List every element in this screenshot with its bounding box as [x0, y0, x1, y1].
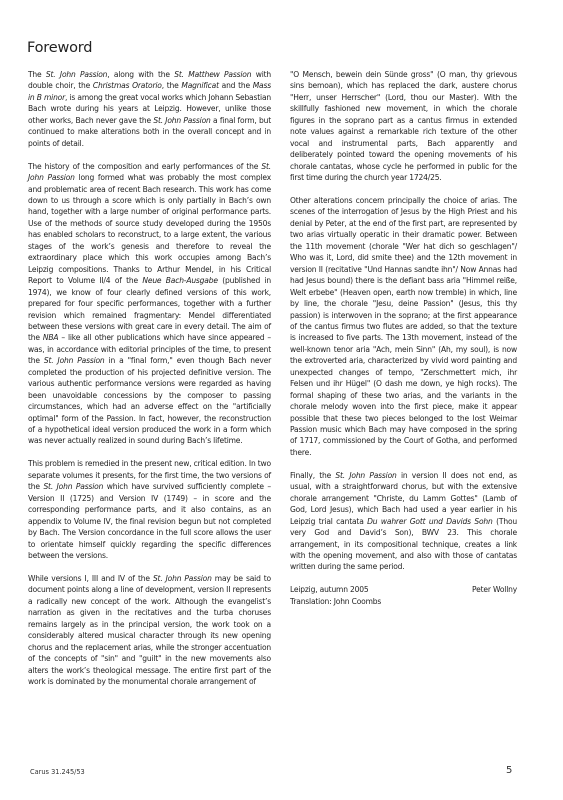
work-title: Magnificat — [181, 81, 219, 90]
work-title: St. John Passion — [153, 574, 212, 583]
place-date: Leipzig, autumn 2005 — [290, 584, 369, 595]
work-title: St. John Passion — [46, 70, 107, 79]
work-title: Christmas Oratorio — [93, 81, 162, 90]
paragraph: Other alterations concern principally th… — [290, 195, 517, 458]
left-column: The St. John Passion, along with the St.… — [28, 69, 271, 699]
paragraph: While versions I, III and IV of the St. … — [28, 573, 271, 688]
work-title: NBA — [43, 333, 58, 342]
work-title: St. John Passion — [153, 116, 210, 125]
translator-credit: Translation: John Coombs — [290, 596, 517, 607]
catalog-number: Carus 31.245/53 — [30, 768, 85, 776]
work-title: Neue Bach-Aus­gabe — [142, 276, 217, 285]
paragraph: This problem is remedied in the present … — [28, 458, 271, 561]
page-number: 5 — [506, 765, 512, 776]
work-title: St. John Passion — [335, 471, 396, 480]
paragraph: "O Mensch, bewein dein Sünde gross" (O m… — [290, 69, 517, 184]
paragraph: The history of the composition and early… — [28, 161, 271, 447]
paragraph: The St. John Passion, along with the St.… — [28, 69, 271, 149]
work-title: St. John Passion — [44, 356, 105, 365]
work-title: St. John Passion — [28, 162, 271, 182]
right-column: "O Mensch, bewein dein Sünde gross" (O m… — [290, 69, 517, 607]
page-title: Foreword — [27, 40, 92, 56]
work-title: Du wahrer Gott und Davids Sohn — [367, 517, 493, 526]
work-title: St. John Passion — [43, 482, 103, 491]
signature-line: Leipzig, autumn 2005 Peter Wollny — [290, 584, 517, 595]
work-title: St. Matthew Passion — [174, 70, 251, 79]
paragraph: Finally, the St. John Passion in version… — [290, 470, 517, 573]
author-name: Peter Wollny — [472, 584, 517, 595]
